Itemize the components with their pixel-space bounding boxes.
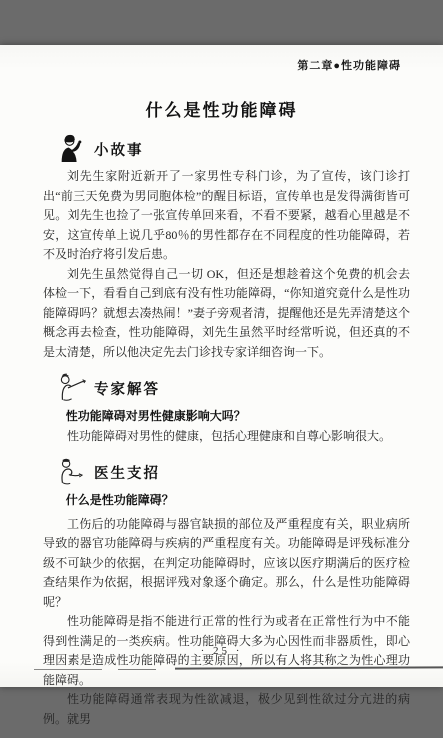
expert-writing-icon xyxy=(57,372,85,402)
story-paragraph-2: 刘先生虽然觉得自己一切 OK，但还是想趁着这个免费的机会去体检一下，看看自己到底… xyxy=(43,265,410,363)
scan-artifact-line xyxy=(34,669,102,670)
doctor-paragraph-3: 性功能障碍通常表现为性欲减退，极少见到性欲过分亢进的病例。就男 xyxy=(43,690,410,729)
doctor-text: 工伤后的功能障碍与器官缺损的部位及严重程度有关，职业病所导致的器官功能障碍与疾病… xyxy=(43,515,410,730)
page-number: · 25 · xyxy=(0,645,443,657)
section-heading-expert: 专家解答 xyxy=(94,380,160,402)
scanned-book-photo: { "page": { "chapter_header": "第二章●性功能障碍… xyxy=(0,0,443,738)
section-heading-story: 小故事 xyxy=(94,141,144,163)
story-paragraph-1: 刘先生家附近新开了一家男性专科门诊，为了宣传，该门诊打出“前三天免费为男同胞体检… xyxy=(43,167,410,265)
story-text: 刘先生家附近新开了一家男性专科门诊，为了宣传，该门诊打出“前三天免费为男同胞体检… xyxy=(43,167,410,362)
book-page: 第二章●性功能障碍 什么是性功能障碍 小故事 刘先生家附近新开了一家男性专科门诊… xyxy=(0,45,443,687)
running-head: 第二章●性功能障碍 xyxy=(0,59,401,73)
scan-artifact-line xyxy=(118,669,156,670)
storyteller-icon xyxy=(57,133,85,163)
doctor-question: 什么是性功能障碍？ xyxy=(43,491,410,511)
expert-answer: 性功能障碍对男性的健康，包括心理健康和自尊心影响很大。 xyxy=(43,427,410,447)
expert-answer-block: 性功能障碍对男性的健康，包括心理健康和自尊心影响很大。 xyxy=(43,427,410,447)
page-title: 什么是性功能障碍 xyxy=(0,99,443,123)
expert-question: 性功能障碍对男性健康影响大吗？ xyxy=(43,407,410,427)
section-heading-doctor: 医生支招 xyxy=(94,464,160,486)
doctor-gesture-icon xyxy=(57,456,85,486)
doctor-paragraph-1: 工伤后的功能障碍与器官缺损的部位及严重程度有关，职业病所导致的器官功能障碍与疾病… xyxy=(43,515,410,613)
section-header-story: 小故事 xyxy=(57,133,443,163)
section-header-doctor: 医生支招 xyxy=(57,456,443,486)
section-header-expert: 专家解答 xyxy=(57,372,443,402)
